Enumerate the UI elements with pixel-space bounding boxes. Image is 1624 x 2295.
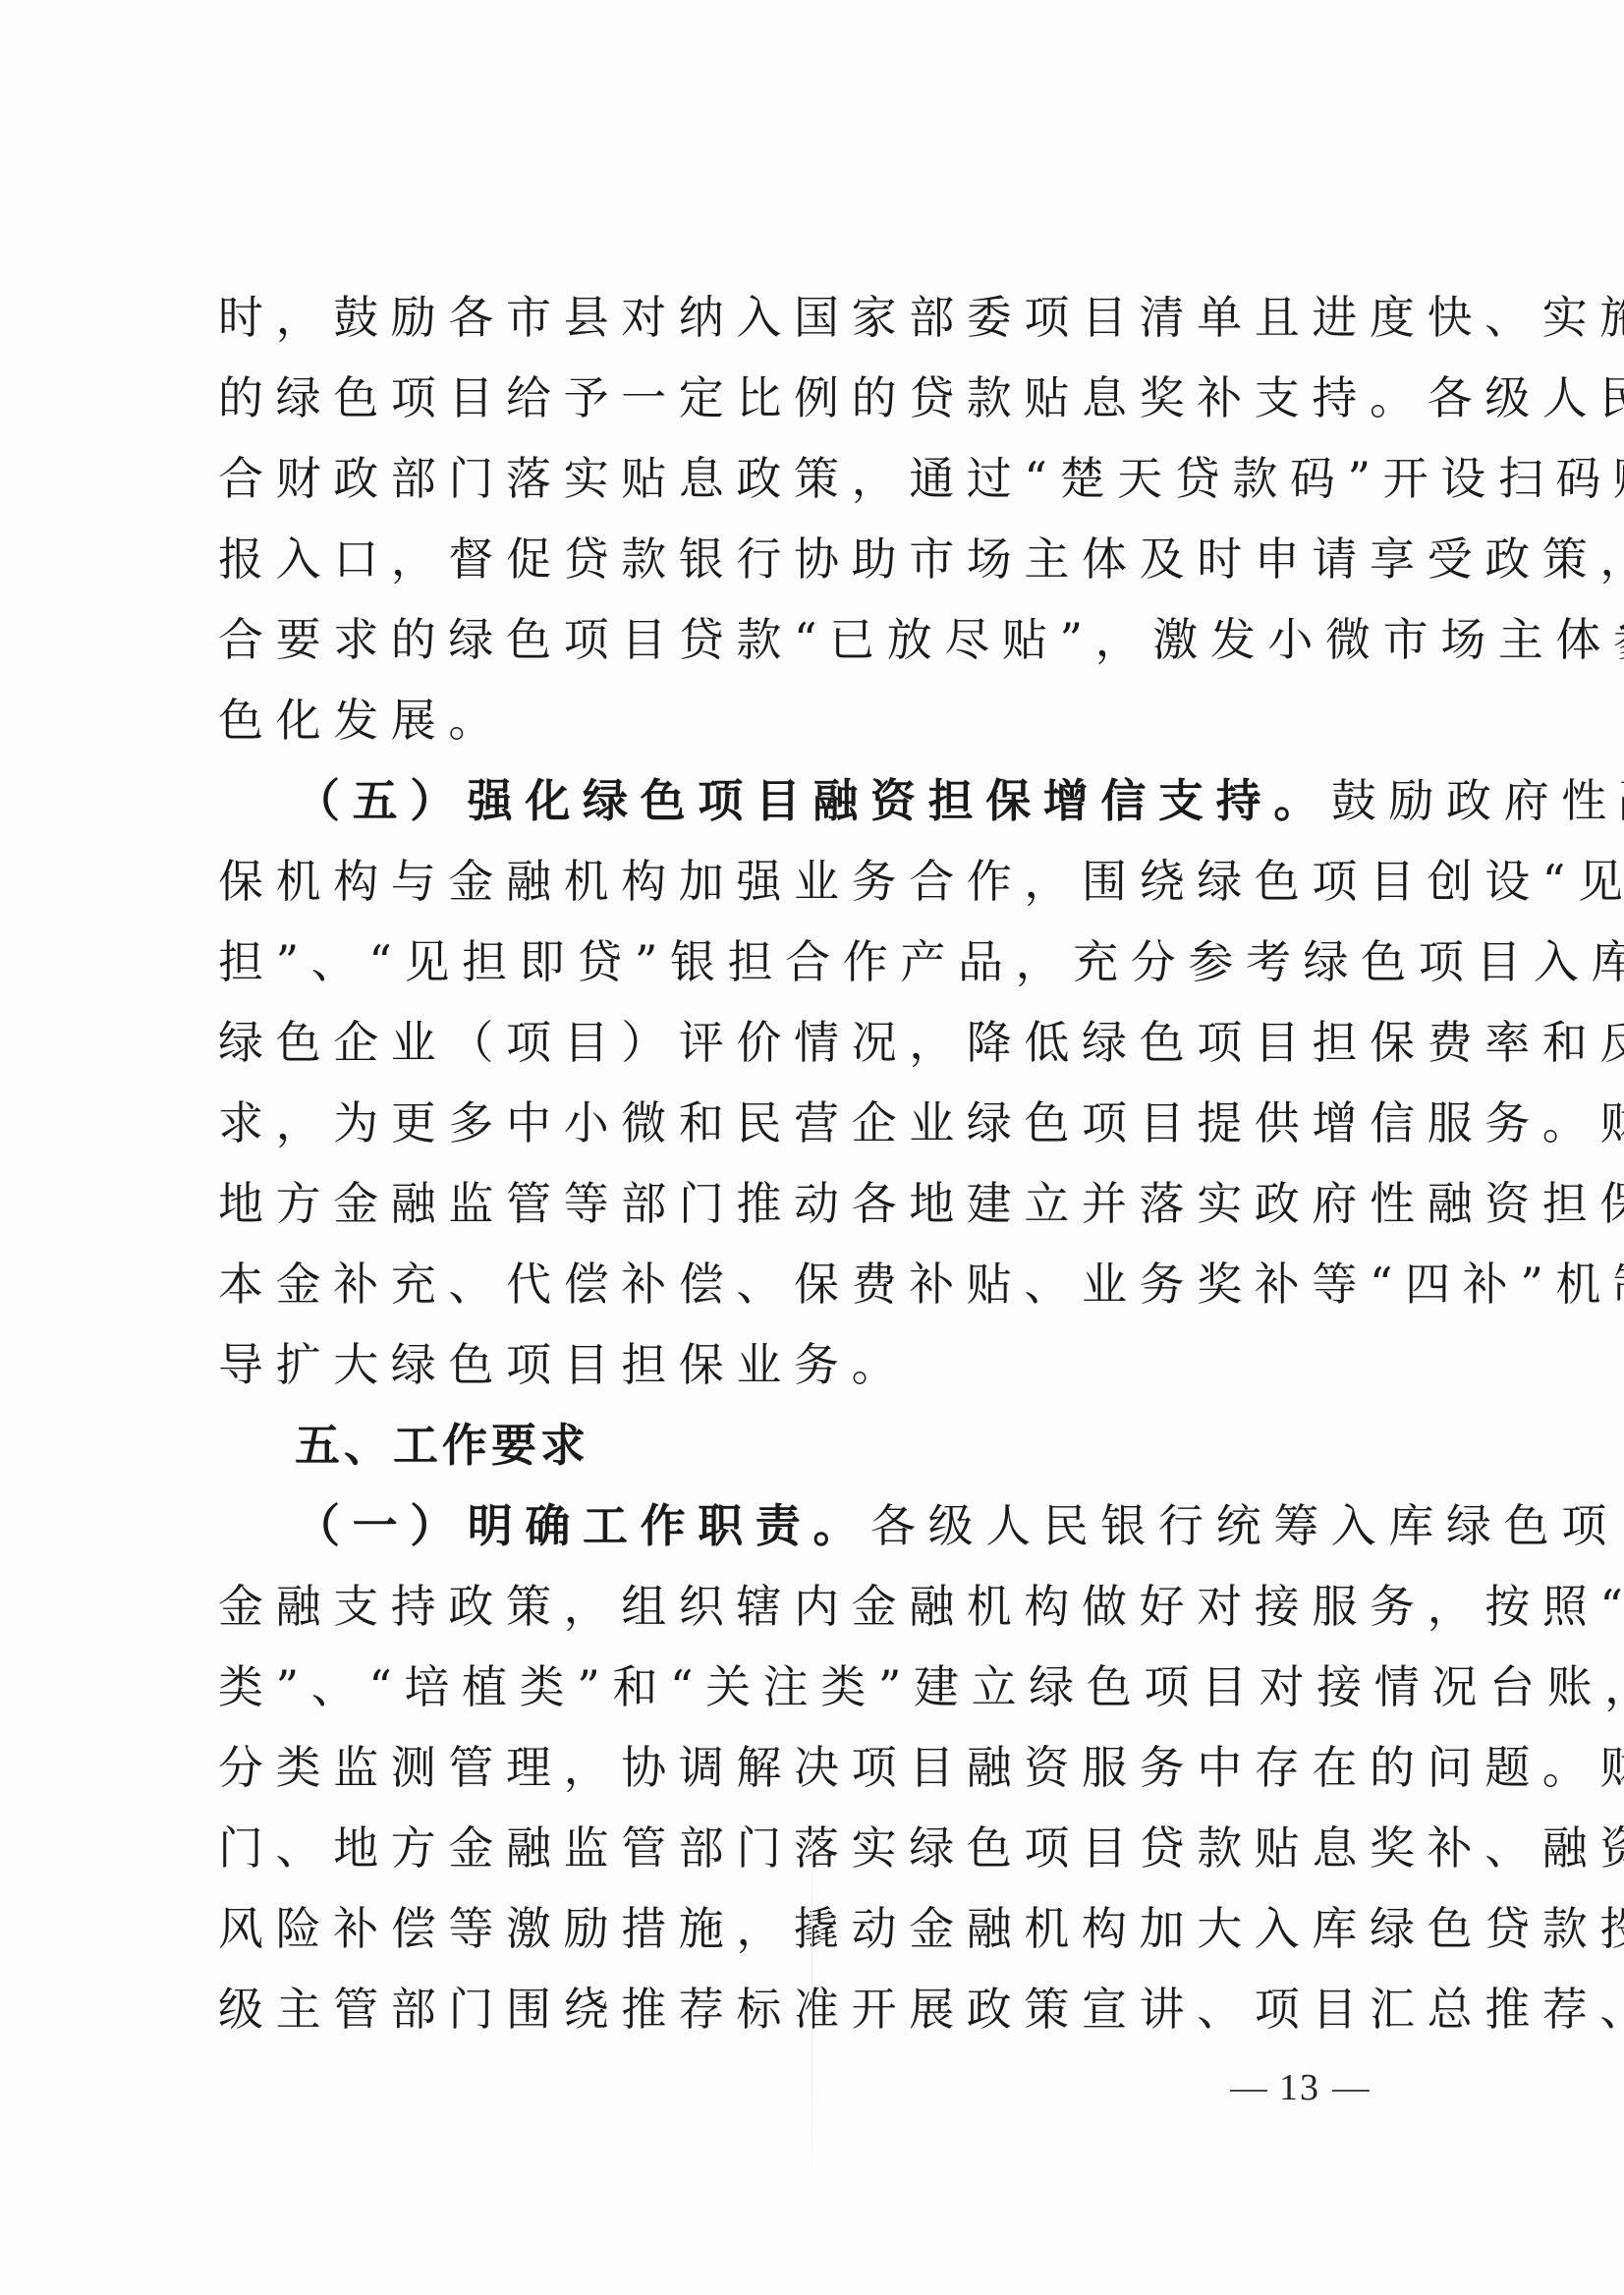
paragraph-line: 合财政部门落实贴息政策，通过“楚天贷款码”开设扫码贴息申 — [218, 438, 1436, 519]
paragraph-line: 级主管部门围绕推荐标准开展政策宣讲、项目汇总推荐、申报辅 — [218, 1969, 1436, 2049]
paragraph-line: 地方金融监管等部门推动各地建立并落实政府性融资担保机构资 — [218, 1163, 1436, 1244]
paragraph-line: 本金补充、代偿补偿、保费补贴、业务奖补等“四补”机制，引 — [218, 1244, 1436, 1324]
section-5-text: 鼓励政府性融资担 — [1331, 774, 1624, 827]
paragraph-line: 担”、“见担即贷”银担合作产品，充分参考绿色项目入库资格、 — [218, 922, 1436, 1002]
paragraph-line: 类”、“培植类”和“关注类”建立绿色项目对接情况台账，实施 — [218, 1647, 1436, 1727]
paragraph-line: 金融支持政策，组织辖内金融机构做好对接服务，按照“授信 — [218, 1566, 1436, 1647]
paragraph-line: 色化发展。 — [218, 680, 1436, 760]
dash-left — [1230, 2090, 1267, 2092]
paragraph-line: 绿色企业（项目）评价情况，降低绿色项目担保费率和反担保要 — [218, 1002, 1436, 1083]
paragraph-line: 报入口，督促贷款银行协助市场主体及时申请享受政策，推动符 — [218, 519, 1436, 599]
paragraph-line: 门、地方金融监管部门落实绿色项目贷款贴息奖补、融资担保和 — [218, 1808, 1436, 1888]
dash-right — [1332, 2090, 1370, 2092]
paragraph-line: 时，鼓励各市县对纳入国家部委项目清单且进度快、实施效果好 — [218, 277, 1436, 358]
section-5-first-line: （五）强化绿色项目融资担保增信支持。鼓励政府性融资担 — [295, 760, 1436, 841]
section-heading: 五、工作要求 — [295, 1405, 1436, 1485]
paragraph-line: 合要求的绿色项目贷款“已放尽贴”，激发小微市场主体参与绿 — [218, 599, 1436, 680]
subsection-1-first-line: （一）明确工作职责。各级人民银行统筹入库绿色项目享受 — [295, 1485, 1436, 1566]
paragraph-line: 风险补偿等激励措施，撬动金融机构加大入库绿色贷款投放。各 — [218, 1888, 1436, 1969]
paragraph-line: 求，为更多中小微和民营企业绿色项目提供增信服务。财政会同 — [218, 1083, 1436, 1163]
paragraph-line: 分类监测管理，协调解决项目融资服务中存在的问题。财政部 — [218, 1727, 1436, 1808]
document-page: 时，鼓励各市县对纳入国家部委项目清单且进度快、实施效果好 的绿色项目给予一定比例… — [0, 0, 1624, 2295]
page-number-value: 13 — [1279, 2067, 1320, 2108]
subsection-1-text: 各级人民银行统筹入库绿色项目享受 — [870, 1499, 1624, 1552]
scan-fold-line — [812, 1818, 812, 2211]
page-number: 13 — [1218, 2063, 1395, 2112]
paragraph-line: 的绿色项目给予一定比例的贷款贴息奖补支持。各级人民银行配 — [218, 358, 1436, 438]
section-5-title: （五）强化绿色项目融资担保增信支持。 — [295, 774, 1331, 827]
paragraph-line: 导扩大绿色项目担保业务。 — [218, 1324, 1436, 1405]
subsection-1-title: （一）明确工作职责。 — [295, 1499, 870, 1552]
paragraph-line: 保机构与金融机构加强业务合作，围绕绿色项目创设“见贷即 — [218, 841, 1436, 922]
